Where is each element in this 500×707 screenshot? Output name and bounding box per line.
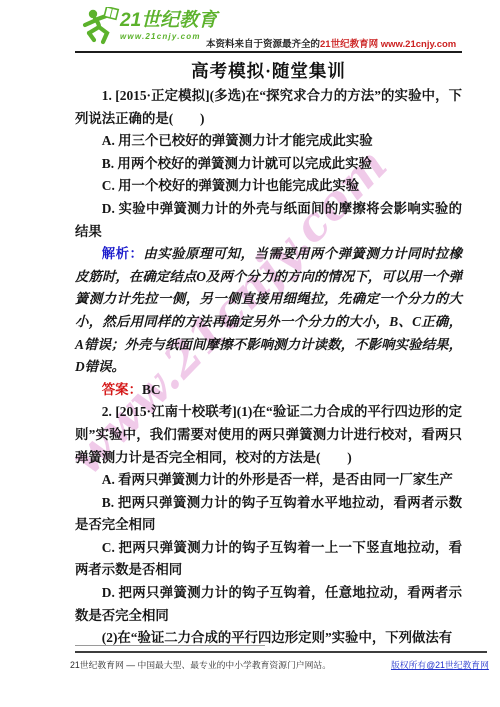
option-text: A. 看两只弹簧测力计的外形是否一样，是否由同一厂家生产 [102, 472, 453, 487]
site-logo: 21世纪教育 www.21cnjy.com [80, 5, 210, 51]
analysis-label: 解析： [102, 246, 144, 261]
header-notice: 本资料来自于资源最齐全的21世纪教育网 www.21cnjy.com [206, 36, 466, 50]
paragraph-question: (2)在“验证二力合成的平行四边形定则”实验中，下列做法有 [75, 627, 462, 650]
paragraph-analysis: 解析：由实验原理可知，当需要用两个弹簧测力计同时拉橡皮筋时，在确定结点O及两个分… [75, 243, 462, 379]
footer-copyright-link[interactable]: 版权所有@21世纪教育网 [391, 658, 489, 671]
paragraph-question: 1. [2015·正定模拟](多选)在“探究求合力的方法”的实验中，下列说法正确… [75, 85, 462, 130]
question-text: 1. [2015·正定模拟](多选)在“探究求合力的方法”的实验中，下列说法正确… [75, 88, 462, 126]
paragraph-option: A. 看两只弹簧测力计的外形是否一样，是否由同一厂家生产 [75, 469, 462, 492]
footer: 21世纪教育网 — 中国最大型、最专业的中小学教育资源门户网站。 版权所有@21… [70, 658, 494, 671]
logo-wordmark: 21世纪教育 www.21cnjy.com [120, 11, 217, 41]
answer-label: 答案： [102, 382, 142, 397]
paragraph-option: D. 实验中弹簧测力计的外壳与纸面间的摩擦将会影响实验的结果 [75, 198, 462, 243]
document-page: www.21cnjy.com 21世纪教育 www.21cnjy.com 本资料… [0, 0, 500, 707]
logo-url-text: www.21cnjy.com [120, 32, 217, 41]
analysis-text: 由实验原理可知，当需要用两个弹簧测力计同时拉橡皮筋时，在确定结点O及两个分力的方… [75, 246, 462, 374]
footer-divider-light [75, 645, 265, 646]
paragraph-answer: 答案：BC [75, 379, 462, 402]
runner-with-book-icon [80, 7, 122, 49]
notice-site-link-text: 21世纪教育网 www.21cnjy.com [320, 39, 456, 50]
option-text: D. 实验中弹簧测力计的外壳与纸面间的摩擦将会影响实验的结果 [75, 201, 462, 239]
option-text: C. 把两只弹簧测力计的钩子互钩着一上一下竖直地拉动，看两者示数是否相同 [75, 540, 462, 578]
question-text: (2)在“验证二力合成的平行四边形定则”实验中，下列做法有 [102, 630, 452, 645]
paragraph-option: A. 用三个已校好的弹簧测力计才能完成此实验 [75, 130, 462, 153]
paragraph-option: B. 用两个校好的弹簧测力计就可以完成此实验 [75, 153, 462, 176]
option-text: A. 用三个已校好的弹簧测力计才能完成此实验 [102, 133, 373, 148]
paragraph-question: 2. [2015·江南十校联考](1)在“验证二力合成的平行四边形的定则”实验中… [75, 401, 462, 469]
question-text: 2. [2015·江南十校联考](1)在“验证二力合成的平行四边形的定则”实验中… [75, 404, 462, 464]
header-divider [75, 51, 462, 53]
notice-prefix: 本资料来自于资源最齐全的 [206, 39, 320, 50]
answer-text: BC [142, 382, 161, 397]
footer-site-description: 21世纪教育网 — 中国最大型、最专业的中小学教育资源门户网站。 [70, 658, 331, 671]
paragraph-option: C. 用一个校好的弹簧测力计也能完成此实验 [75, 175, 462, 198]
option-text: C. 用一个校好的弹簧测力计也能完成此实验 [102, 178, 359, 193]
paragraph-option: D. 把两只弹簧测力计的钩子互钩着，任意地拉动，看两者示数是否完全相同 [75, 582, 462, 627]
worksheet-body: 1. [2015·正定模拟](多选)在“探究求合力的方法”的实验中，下列说法正确… [75, 85, 462, 650]
option-text: B. 把两只弹簧测力计的钩子互钩着水平地拉动，看两者示数是否完全相同 [75, 495, 462, 533]
page-title: 高考模拟·随堂集训 [75, 58, 462, 83]
option-text: B. 用两个校好的弹簧测力计就可以完成此实验 [102, 156, 372, 171]
footer-divider [75, 651, 487, 653]
paragraph-option: B. 把两只弹簧测力计的钩子互钩着水平地拉动，看两者示数是否完全相同 [75, 492, 462, 537]
paragraph-option: C. 把两只弹簧测力计的钩子互钩着一上一下竖直地拉动，看两者示数是否相同 [75, 537, 462, 582]
logo-brand-text: 21世纪教育 [120, 11, 217, 31]
option-text: D. 把两只弹簧测力计的钩子互钩着，任意地拉动，看两者示数是否完全相同 [75, 585, 462, 623]
